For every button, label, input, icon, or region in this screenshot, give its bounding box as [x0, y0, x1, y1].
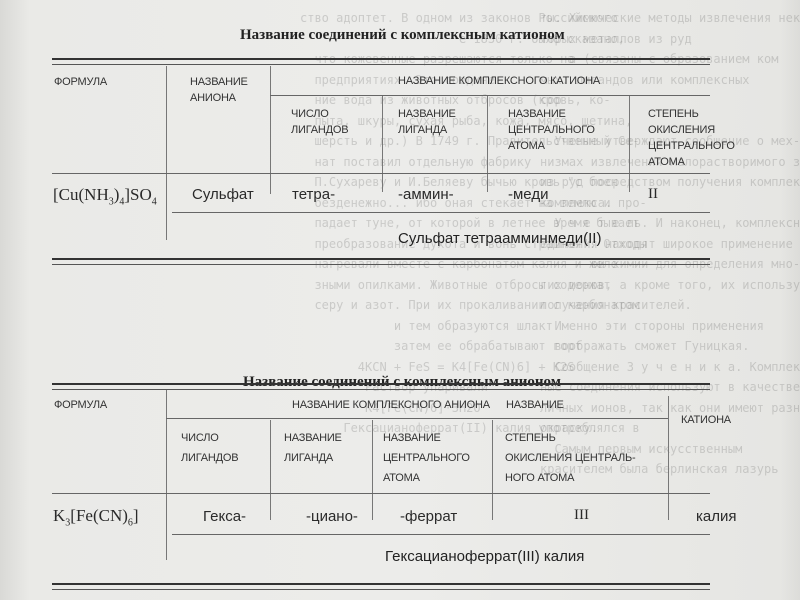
cation-header-oxidation-2: ОКИСЛЕНИЯ [648, 122, 715, 138]
anion-row-ligand-name: -циано- [306, 508, 358, 525]
cation-table-bottom-rule [52, 258, 710, 265]
cation-table-title: Название соединений с комплексным катион… [240, 27, 565, 44]
anion-header-oxidation-1: СТЕПЕНЬ [505, 430, 556, 446]
anion-header-cation-name-2: КАТИОНА [681, 412, 731, 428]
anion-header-cation-name-1: НАЗВАНИЕ [506, 397, 564, 413]
formula-part: K [53, 506, 65, 525]
cation-header-oxidation-1: СТЕПЕНЬ [648, 106, 699, 122]
cation-col-divider-4 [487, 96, 488, 192]
anion-header-central-atom-3: АТОМА [383, 470, 420, 486]
cation-header-complex-cation: НАЗВАНИЕ КОМПЛЕКСНОГО КАТИОНА [398, 73, 600, 89]
cation-col-divider-5 [629, 96, 630, 192]
formula-part: [Fe(CN) [70, 506, 128, 525]
cation-header-ligand-name-1: НАЗВАНИЕ [398, 106, 456, 122]
cation-row-ligand-name: -аммин- [398, 186, 454, 203]
cation-subheader-rule [270, 95, 710, 96]
cation-row-full-name: Сульфат тетраамминмеди(II) [398, 230, 601, 247]
anion-col-divider-1 [166, 390, 167, 560]
cation-row-ligand-count: тетра- [292, 186, 335, 203]
cation-header-central-atom-3: АТОМА [508, 138, 545, 154]
cation-header-anion-name-2: АНИОНА [190, 90, 236, 106]
cation-table-top-rule [52, 58, 355, 65]
anion-row-full-name: Гексацианоферрат(III) калия [385, 548, 584, 565]
anion-header-ligand-name-1: НАЗВАНИЕ [284, 430, 342, 446]
anion-row-central-atom: -феррат [400, 508, 457, 525]
scanned-page: ство адоптет. В одном из законов Российс… [0, 0, 800, 600]
anion-header-oxidation-3: НОГО АТОМА [505, 470, 574, 486]
cation-header-oxidation-3: ЦЕНТРАЛЬНОГО [648, 138, 735, 154]
cation-col-divider-1 [166, 66, 167, 240]
formula-part: [Cu(NH [53, 185, 109, 204]
anion-row-cation-name: калия [696, 508, 737, 525]
anion-subheader-rule [166, 418, 668, 419]
anion-header-central-atom-2: ЦЕНТРАЛЬНОГО [383, 450, 470, 466]
cation-row-central-atom: -меди [508, 186, 548, 203]
cation-header-formula: ФОРМУЛА [54, 74, 107, 90]
anion-row-rule [172, 534, 710, 535]
cation-header-ligand-count-1: ЧИСЛО [291, 106, 329, 122]
anion-table-bottom-rule [52, 583, 710, 590]
anion-header-complex-anion: НАЗВАНИЕ КОМПЛЕКСНОГО АНИОНА [292, 397, 490, 413]
cation-table-top-rule-right [355, 58, 710, 65]
anion-col-divider-3 [372, 420, 373, 520]
cation-header-bottom-rule [52, 173, 710, 174]
anion-col-divider-4 [492, 420, 493, 520]
anion-table-top-rule [52, 383, 710, 390]
anion-header-ligand-count-1: ЧИСЛО [181, 430, 219, 446]
anion-header-central-atom-1: НАЗВАНИЕ [383, 430, 441, 446]
cation-col-divider-2 [270, 66, 271, 194]
anion-row-formula: K3[Fe(CN)6] [53, 506, 139, 528]
cation-header-ligand-name-2: ЛИГАНДА [398, 122, 447, 138]
anion-header-ligand-name-2: ЛИГАНДА [284, 450, 333, 466]
cation-col-divider-3 [382, 96, 383, 192]
cation-header-central-atom-2: ЦЕНТРАЛЬНОГО [508, 122, 595, 138]
anion-row-ligand-count: Гекса- [203, 508, 246, 525]
formula-part: ]SO [124, 185, 151, 204]
cation-row-rule [172, 212, 710, 213]
anion-col-divider-2 [270, 420, 271, 520]
cation-header-oxidation-4: АТОМА [648, 154, 685, 170]
cation-header-central-atom-1: НАЗВАНИЕ [508, 106, 566, 122]
cation-header-anion-name-1: НАЗВАНИЕ [190, 74, 248, 90]
anion-header-formula: ФОРМУЛА [54, 397, 107, 413]
anion-header-oxidation-2: ОКИСЛЕНИЯ ЦЕНТРАЛЬ- [505, 450, 635, 466]
anion-row-oxidation-state: III [574, 507, 589, 524]
cation-row-anion-name: Сульфат [192, 186, 254, 203]
formula-part: ] [133, 506, 139, 525]
cation-header-ligand-count-2: ЛИГАНДОВ [291, 122, 348, 138]
anion-header-bottom-rule [52, 493, 710, 494]
anion-col-divider-5 [668, 396, 669, 520]
formula-subscript: 4 [152, 196, 157, 207]
anion-header-ligand-count-2: ЛИГАНДОВ [181, 450, 238, 466]
cation-row-oxidation-state: II [648, 186, 658, 203]
cation-row-formula: [Cu(NH3)4]SO4 [53, 185, 157, 207]
